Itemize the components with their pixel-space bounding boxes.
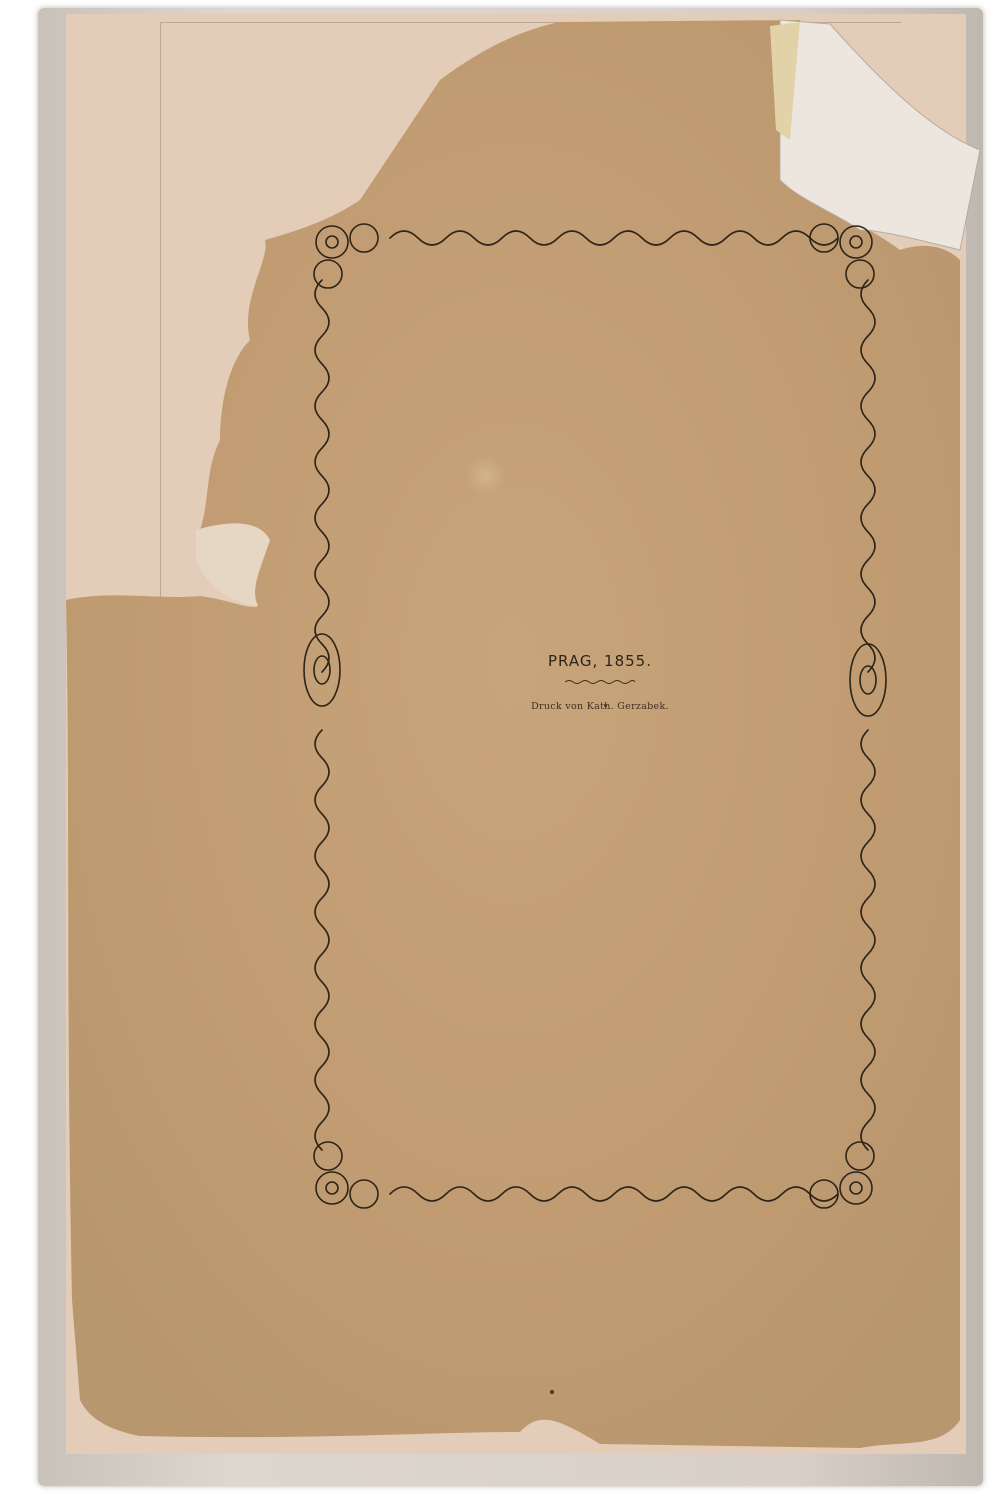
printer-line: Druck von Kath. Gerzabek. — [480, 701, 720, 712]
imprint-block: PRAG, 1855. Druck von Kath. Gerzabek. — [480, 652, 720, 712]
ink-speck — [550, 1390, 554, 1394]
wavy-rule — [565, 679, 635, 685]
ornamental-border — [300, 210, 890, 1222]
place-year: PRAG, 1855. — [480, 652, 720, 670]
